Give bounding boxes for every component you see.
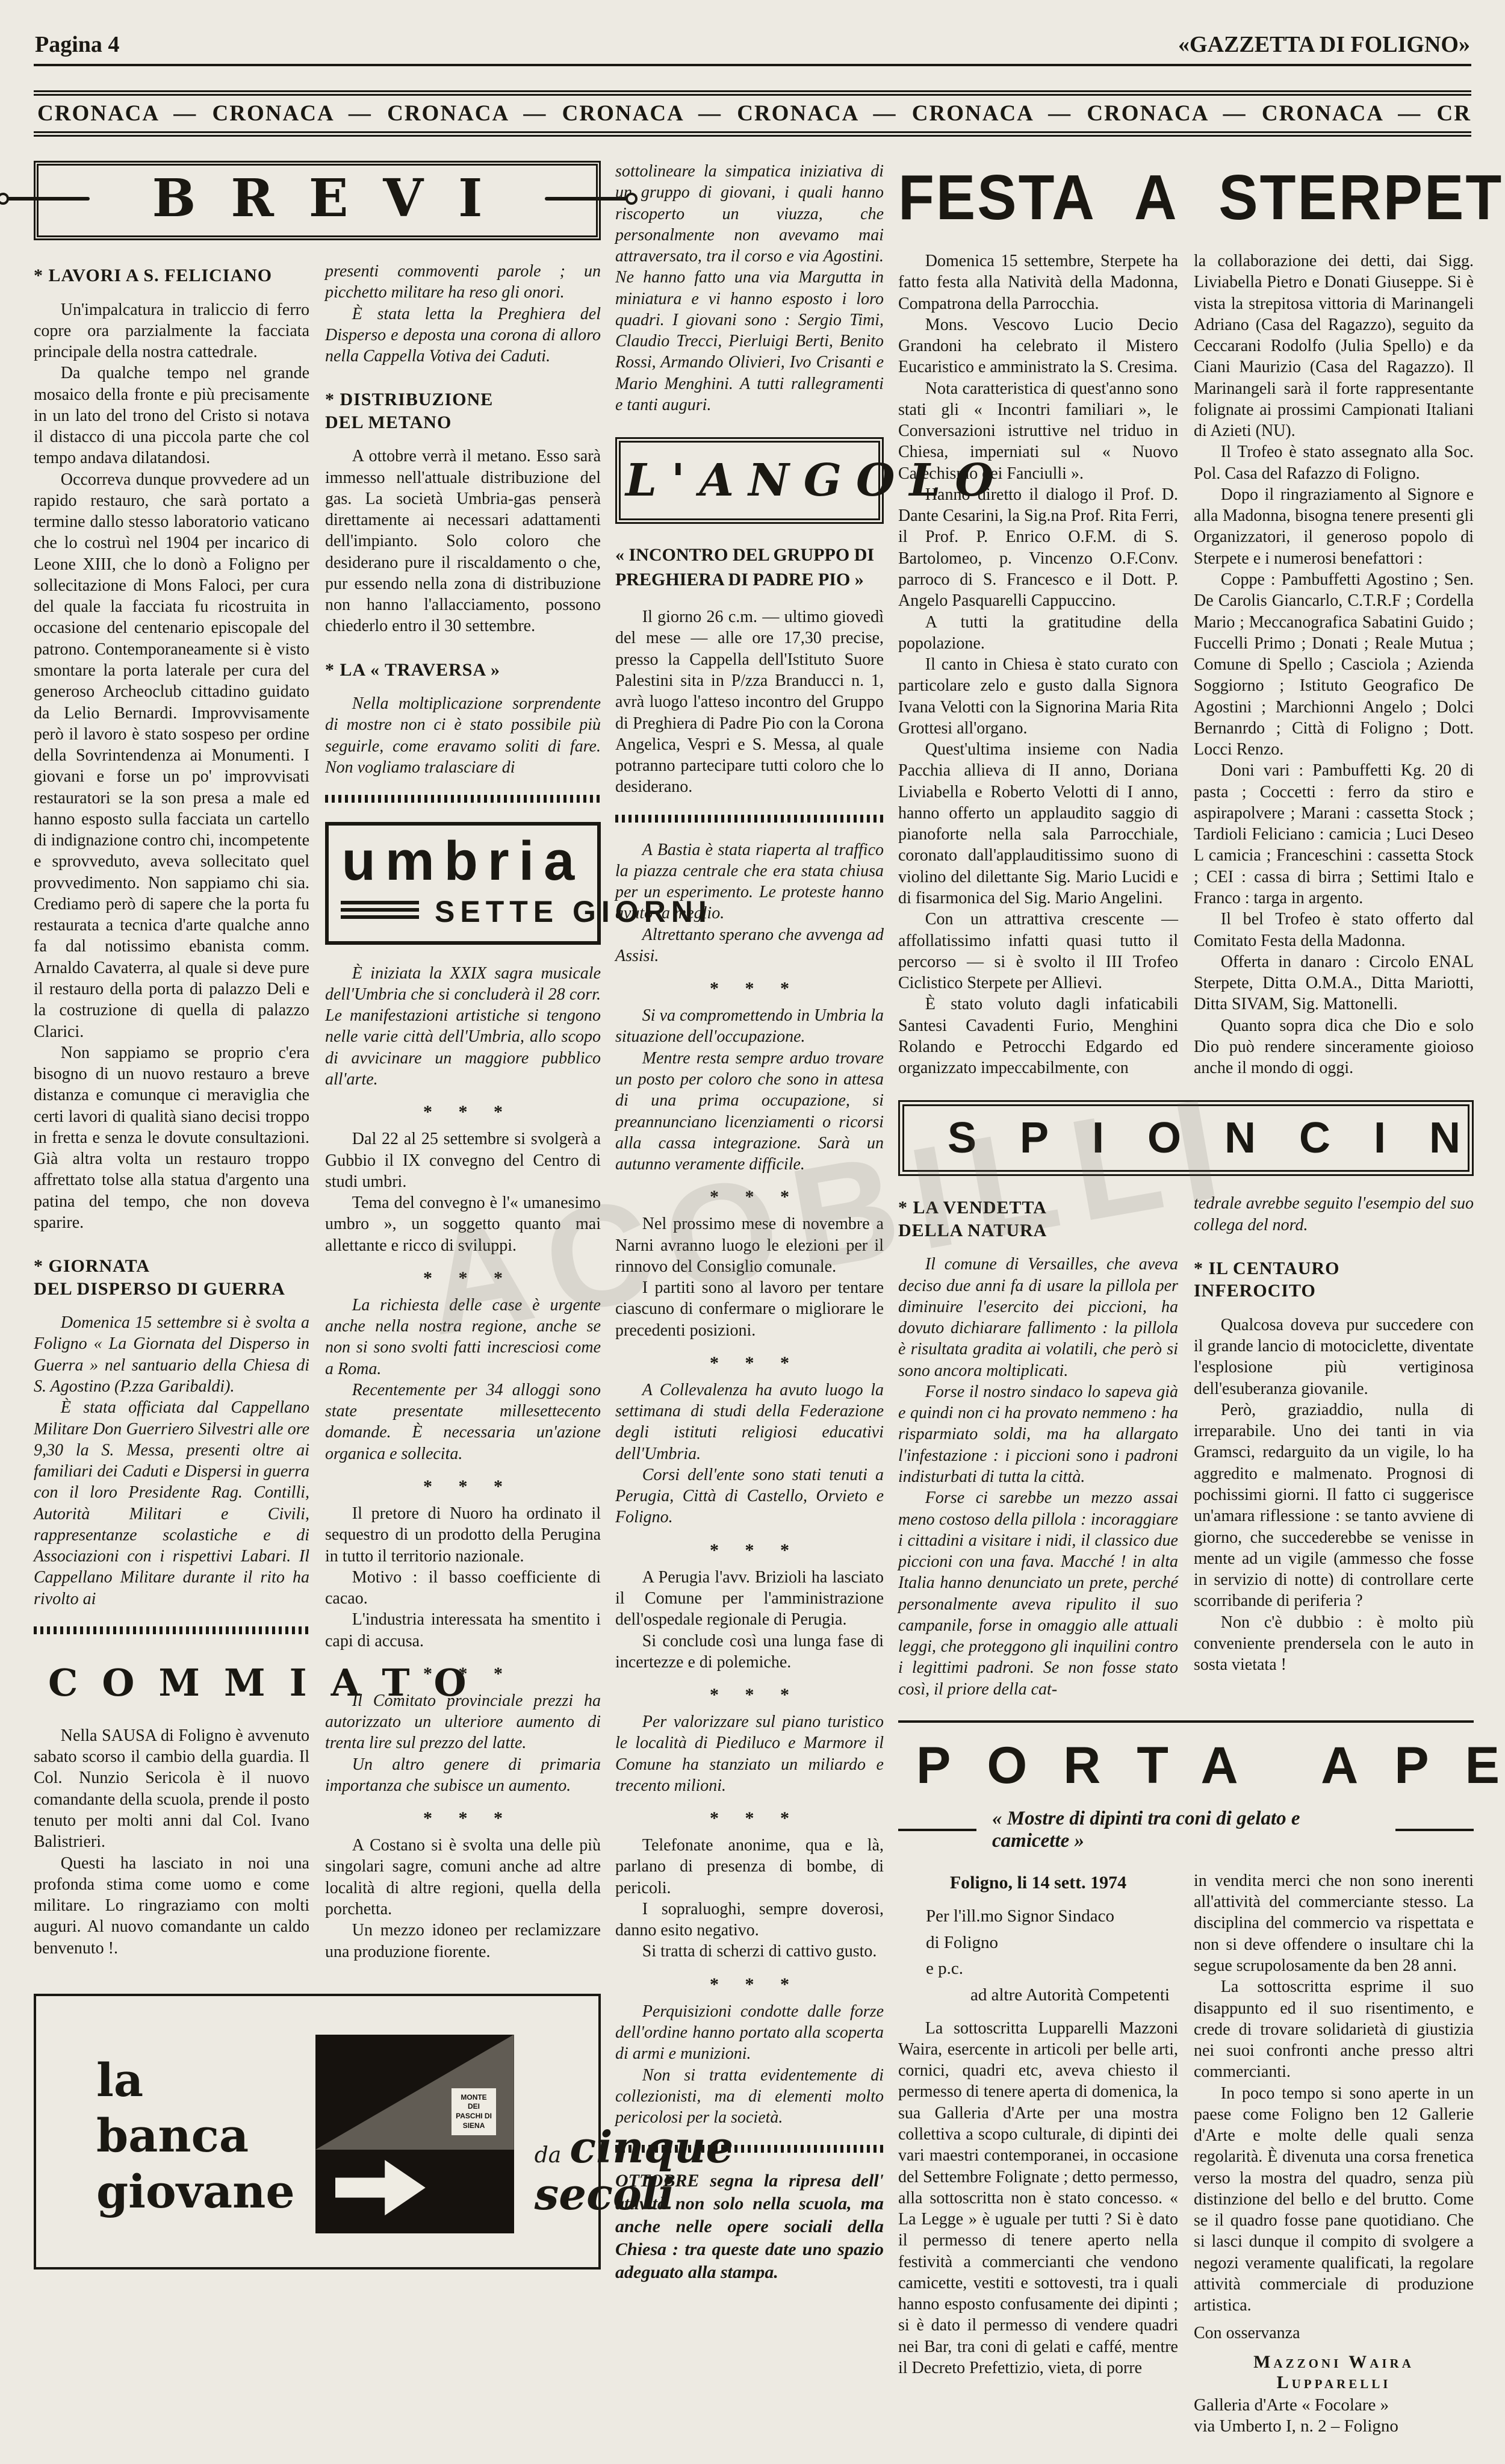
angolo-header-box: L'ANGOLO (615, 437, 884, 524)
article-paragraph: Un'impalcatura in traliccio di ferro cop… (34, 299, 309, 363)
newspaper-page: ACOBILLI Pagina 4 «GAZZETTA DI FOLIGNO» … (0, 0, 1505, 2464)
column-2: presenti commoventi parole ; un picchett… (325, 261, 601, 1962)
header-rule (34, 64, 1471, 66)
article-paragraph: Si va compromettendo in Umbria la situaz… (615, 1005, 884, 1048)
bank-ad-slogan-line1: la banca (96, 2053, 249, 2163)
letter-paragraph: In poco tempo si sono aperte in un paese… (1194, 2083, 1474, 2316)
article-paragraph: Hanno diretto il dialogo il Prof. D. Dan… (898, 484, 1178, 612)
article-paragraph: Altrettanto sperano che avvenga ad Assis… (615, 924, 884, 967)
angolo-title: L'ANGOLO (625, 455, 874, 506)
article-paragraph: A ottobre verrà il metano. Esso sarà imm… (325, 446, 601, 636)
porta-column-1: Foligno, li 14 sett. 1974 Per l'ill.mo S… (898, 1870, 1178, 2438)
stars-divider: * * * (615, 1685, 884, 1705)
porta-aperta-headline: PORTA APERTA (898, 1736, 1474, 1796)
article-title-centauro: * IL CENTAURO INFEROCITO (1194, 1257, 1474, 1302)
article-paragraph: Motivo : il basso coefficiente di cacao. (325, 1567, 601, 1610)
article-paragraph: Forse il nostro sindaco lo sapeva già e … (898, 1381, 1178, 1487)
letter-address-line: Per l'ill.mo Signor Sindaco (898, 1905, 1178, 1928)
stars-divider: * * * (615, 1808, 884, 1829)
letter-address-line: di Foligno (898, 1932, 1178, 1955)
letter-paragraph: La sottoscritta esprime il suo disappunt… (1194, 1976, 1474, 2082)
article-paragraph: È iniziata la XXIX sagra musicale dell'U… (325, 963, 601, 1090)
bank-logo-label: MONTE DEI PASCHI DI SIENA (451, 2088, 496, 2135)
article-title-vendetta: * LA VENDETTA DELLA NATURA (898, 1196, 1178, 1242)
swelled-rule-ornament (0, 197, 90, 201)
porta-aperta-section: PORTA APERTA « Mostre di dipinti tra con… (898, 1720, 1474, 2438)
stars-divider: * * * (325, 1102, 601, 1122)
stars-divider: * * * (325, 1664, 601, 1684)
article-paragraph: la collaborazione dei detti, dai Sigg. L… (1194, 250, 1474, 441)
article-paragraph: tedrale avrebbe seguito l'esempio del su… (1194, 1193, 1474, 1236)
letter-signature: Mazzoni Waira Lupparelli (1194, 2352, 1474, 2393)
article-paragraph: Il bel Trofeo è stato offerto dal Comita… (1194, 909, 1474, 951)
article-paragraph: A tutti la gratitudine della popolazione… (898, 612, 1178, 655)
article-paragraph: A Perugia l'avv. Brizioli ha lasciato il… (615, 1567, 884, 1631)
spioncino-title: SPIONCINO (904, 1113, 1468, 1163)
letter-paragraph: in vendita merci che non sono inerenti a… (1194, 1870, 1474, 1976)
article-paragraph: Quanto sopra dica che Dio e solo Dio può… (1194, 1015, 1474, 1079)
stars-divider: * * * (615, 1540, 884, 1561)
article-paragraph: L'industria interessata ha smentito i ca… (325, 1609, 601, 1652)
article-paragraph: È stata officiata dal Cappellano Militar… (34, 1397, 309, 1610)
arrow-right-icon (335, 2160, 426, 2215)
brevi-title: BREVI (117, 173, 518, 225)
article-paragraph: Nel prossimo mese di novembre a Narni av… (615, 1213, 884, 1277)
porta-column-2: in vendita merci che non sono inerenti a… (1194, 1870, 1474, 2438)
article-paragraph: Per valorizzare sul piano turistico le l… (615, 1711, 884, 1796)
commiato-headline: COMMIATO (34, 1661, 309, 1705)
tick-rule-divider (34, 1626, 309, 1634)
article-title-traversa: * LA « TRAVERSA » (325, 659, 601, 682)
article-paragraph: Mons. Vescovo Lucio Decio Grandoni ha ce… (898, 314, 1178, 378)
article-paragraph: presenti commoventi parole ; un picchett… (325, 261, 601, 303)
article-paragraph: Dopo il ringraziamento al Signore e alla… (1194, 484, 1474, 569)
article-paragraph: Il canto in Chiesa è stato curato con pa… (898, 654, 1178, 739)
article-paragraph: Corsi dell'ente sono stati tenuti a Peru… (615, 1464, 884, 1528)
column-1: * LAVORI A S. FELICIANO Un'impalcatura i… (34, 261, 309, 1962)
article-title-giornata: * GIORNATA DEL DISPERSO DI GUERRA (34, 1255, 309, 1300)
festa-article: Domenica 15 settembre, Sterpete ha fatto… (898, 250, 1474, 1078)
article-paragraph: Nella SAUSA di Foligno è avvenuto sabato… (34, 1725, 309, 1853)
stars-divider: * * * (615, 1974, 884, 1995)
article-paragraph: Dal 22 al 25 settembre si svolgerà a Gub… (325, 1128, 601, 1192)
tick-rule-divider (615, 815, 884, 823)
brevi-header-box: BREVI (34, 161, 601, 240)
cronaca-band: CRONACA — CRONACA — CRONACA — CRONACA — … (34, 90, 1471, 137)
letter-dateline: Foligno, li 14 sett. 1974 (898, 1873, 1178, 1893)
stacked-lines-icon (341, 901, 419, 922)
article-paragraph: La richiesta delle case è urgente anche … (325, 1295, 601, 1380)
tick-rule-divider (325, 795, 601, 803)
letter-signature-line: Galleria d'Arte « Focolare » (1194, 2395, 1474, 2415)
subtitle-dash (1395, 1829, 1474, 1831)
article-paragraph: Non sappiamo se proprio c'era bisogno di… (34, 1042, 309, 1233)
article-paragraph: Il comune di Versailles, che aveva decis… (898, 1254, 1178, 1381)
spioncino-article: * LA VENDETTA DELLA NATURA Il comune di … (898, 1193, 1474, 1700)
article-paragraph: Forse ci sarebbe un mezzo assai meno cos… (898, 1487, 1178, 1700)
article-paragraph: Nella moltiplicazione sorprendente di mo… (325, 693, 601, 778)
article-paragraph: sottolineare la simpatica iniziativa di … (615, 161, 884, 415)
tick-rule-divider (615, 2145, 884, 2153)
article-paragraph: Il Comitato provinciale prezzi ha autori… (325, 1690, 601, 1754)
article-paragraph: Non c'è dubbio : è molto più conveniente… (1194, 1612, 1474, 1676)
bank-ad-photo: MONTE DEI PASCHI DI SIENA (315, 2035, 514, 2233)
article-paragraph: Si conclude così una lunga fase di incer… (615, 1631, 884, 1673)
festa-headline: FESTA A STERPETE (898, 161, 1474, 234)
article-paragraph: Però, graziaddio, nulla di irreparabile.… (1194, 1399, 1474, 1612)
article-paragraph: Doni vari : Pambuffetti Kg. 20 di pasta … (1194, 760, 1474, 909)
subtitle-dash (898, 1829, 976, 1831)
article-paragraph: Da qualche tempo nel grande mosaico dell… (34, 362, 309, 468)
stars-divider: * * * (615, 978, 884, 999)
article-paragraph: Occorreva dunque provvedere ad un rapido… (34, 469, 309, 1042)
article-paragraph: A Collevalenza ha avuto luogo la settima… (615, 1380, 884, 1464)
article-paragraph: Il Trofeo è stato assegnato alla Soc. Po… (1194, 441, 1474, 484)
article-paragraph: A Costano si è svolta una delle più sing… (325, 1835, 601, 1920)
article-paragraph: Mentre resta sempre arduo trovare un pos… (615, 1048, 884, 1175)
porta-aperta-subtitle-row: « Mostre di dipinti tra coni di gelato e… (898, 1808, 1474, 1852)
article-title-lavori: * LAVORI A S. FELICIANO (34, 264, 309, 287)
article-paragraph: Perquisizioni condotte dalle forze dell'… (615, 2001, 884, 2065)
spioncino-header-box: SPIONCINO (898, 1100, 1474, 1176)
bank-ad-slogan: la banca giovane (58, 2035, 295, 2220)
porta-aperta-letter: Foligno, li 14 sett. 1974 Per l'ill.mo S… (898, 1870, 1474, 2438)
letter-address-line: e p.c. (898, 1958, 1178, 1980)
letter-address-line: ad altre Autorità Competenti (898, 1984, 1178, 2007)
umbria-box-title: umbria (341, 835, 585, 888)
ottobre-note: OTTOBRE segna la ripresa dell' attività … (615, 2170, 884, 2283)
porta-aperta-subtitle: « Mostre di dipinti tra coni di gelato e… (992, 1808, 1380, 1852)
bank-ad: la banca giovane MONTE DEI PASCHI DI SIE… (34, 1994, 601, 2270)
masthead: «GAZZETTA DI FOLIGNO» (1178, 31, 1470, 58)
article-paragraph: Non si tratta evidentemente di collezion… (615, 2065, 884, 2129)
article-paragraph: I sopraluoghi, sempre doverosi, danno es… (615, 1899, 884, 1941)
festa-column-1: Domenica 15 settembre, Sterpete ha fatto… (898, 250, 1178, 1078)
article-paragraph: Il pretore di Nuoro ha ordinato il seque… (325, 1503, 601, 1567)
page-body: BREVI * LAVORI A S. FELICIANO Un'impalca… (34, 161, 1471, 2438)
article-title-metano: * DISTRIBUZIONE DEL METANO (325, 388, 601, 434)
article-paragraph: Un altro genere di primaria importanza c… (325, 1754, 601, 1797)
article-paragraph: Domenica 15 settembre si è svolta a Foli… (34, 1312, 309, 1397)
article-title-incontro: « INCONTRO DEL GRUPPO DI PREGHIERA DI PA… (615, 543, 884, 592)
brevi-section: BREVI * LAVORI A S. FELICIANO Un'impalca… (34, 161, 601, 2438)
article-paragraph: Nota caratteristica di quest'anno sono s… (898, 378, 1178, 484)
stars-divider: * * * (615, 1353, 884, 1374)
article-paragraph: A Bastia è stata riaperta al traffico la… (615, 839, 884, 924)
stars-divider: * * * (615, 1187, 884, 1207)
article-paragraph: Con un attrattiva crescente — affollatis… (898, 909, 1178, 994)
article-paragraph: Domenica 15 settembre, Sterpete ha fatto… (898, 250, 1178, 314)
letter-closing: Con osservanza (1194, 2322, 1474, 2344)
letter-paragraph: La sottoscritta Lupparelli Mazzoni Waira… (898, 2018, 1178, 2379)
swelled-rule-ornament (545, 197, 635, 201)
umbria-sette-giorni-box: umbria SETTE GIORNI (325, 822, 601, 944)
article-paragraph: Telefonate anonime, qua e là, parlano di… (615, 1835, 884, 1899)
letter-signature-line: via Umberto I, n. 2 – Foligno (1194, 2416, 1474, 2436)
article-paragraph: È stata letta la Preghiera del Disperso … (325, 303, 601, 367)
stars-divider: * * * (325, 1476, 601, 1497)
page-number: Pagina 4 (35, 31, 119, 58)
article-paragraph: Si tratta di scherzi di cattivo gusto. (615, 1941, 884, 1962)
article-paragraph: Recentemente per 34 alloggi sono state p… (325, 1380, 601, 1464)
stars-divider: * * * (325, 1268, 601, 1289)
article-paragraph: Offerta in danaro : Circolo ENAL Sterpet… (1194, 951, 1474, 1015)
bank-ad-slogan-line2: giovane (96, 2165, 295, 2218)
stars-divider: * * * (325, 1808, 601, 1829)
page-header: Pagina 4 «GAZZETTA DI FOLIGNO» (34, 31, 1471, 64)
article-paragraph: Qualcosa doveva pur succedere con il gra… (1194, 1314, 1474, 1399)
article-paragraph: Questi ha lasciato in noi una profonda s… (34, 1853, 309, 1959)
right-section: FESTA A STERPETE Domenica 15 settembre, … (898, 161, 1474, 2438)
column-3: sottolineare la simpatica iniziativa di … (615, 161, 884, 2438)
article-paragraph: È stato voluto dagli infaticabili Santes… (898, 994, 1178, 1078)
article-paragraph: Quest'ultima insieme con Nadia Pacchia a… (898, 739, 1178, 909)
article-paragraph: Il giorno 26 c.m. — ultimo giovedì del m… (615, 606, 884, 797)
spioncino-column-1: * LA VENDETTA DELLA NATURA Il comune di … (898, 1193, 1178, 1700)
article-paragraph: Coppe : Pambuffetti Agostino ; Sen. De C… (1194, 569, 1474, 760)
article-paragraph: Un mezzo idoneo per reclamizzare una pro… (325, 1920, 601, 1962)
spioncino-column-2: tedrale avrebbe seguito l'esempio del su… (1194, 1193, 1474, 1700)
festa-column-2: la collaborazione dei detti, dai Sigg. L… (1194, 250, 1474, 1078)
bank-ad-script-da: da (535, 2143, 562, 2168)
article-paragraph: Tema del convegno è l'« umanesimo umbro … (325, 1192, 601, 1256)
article-paragraph: I partiti sono al lavoro per tentare cia… (615, 1277, 884, 1341)
